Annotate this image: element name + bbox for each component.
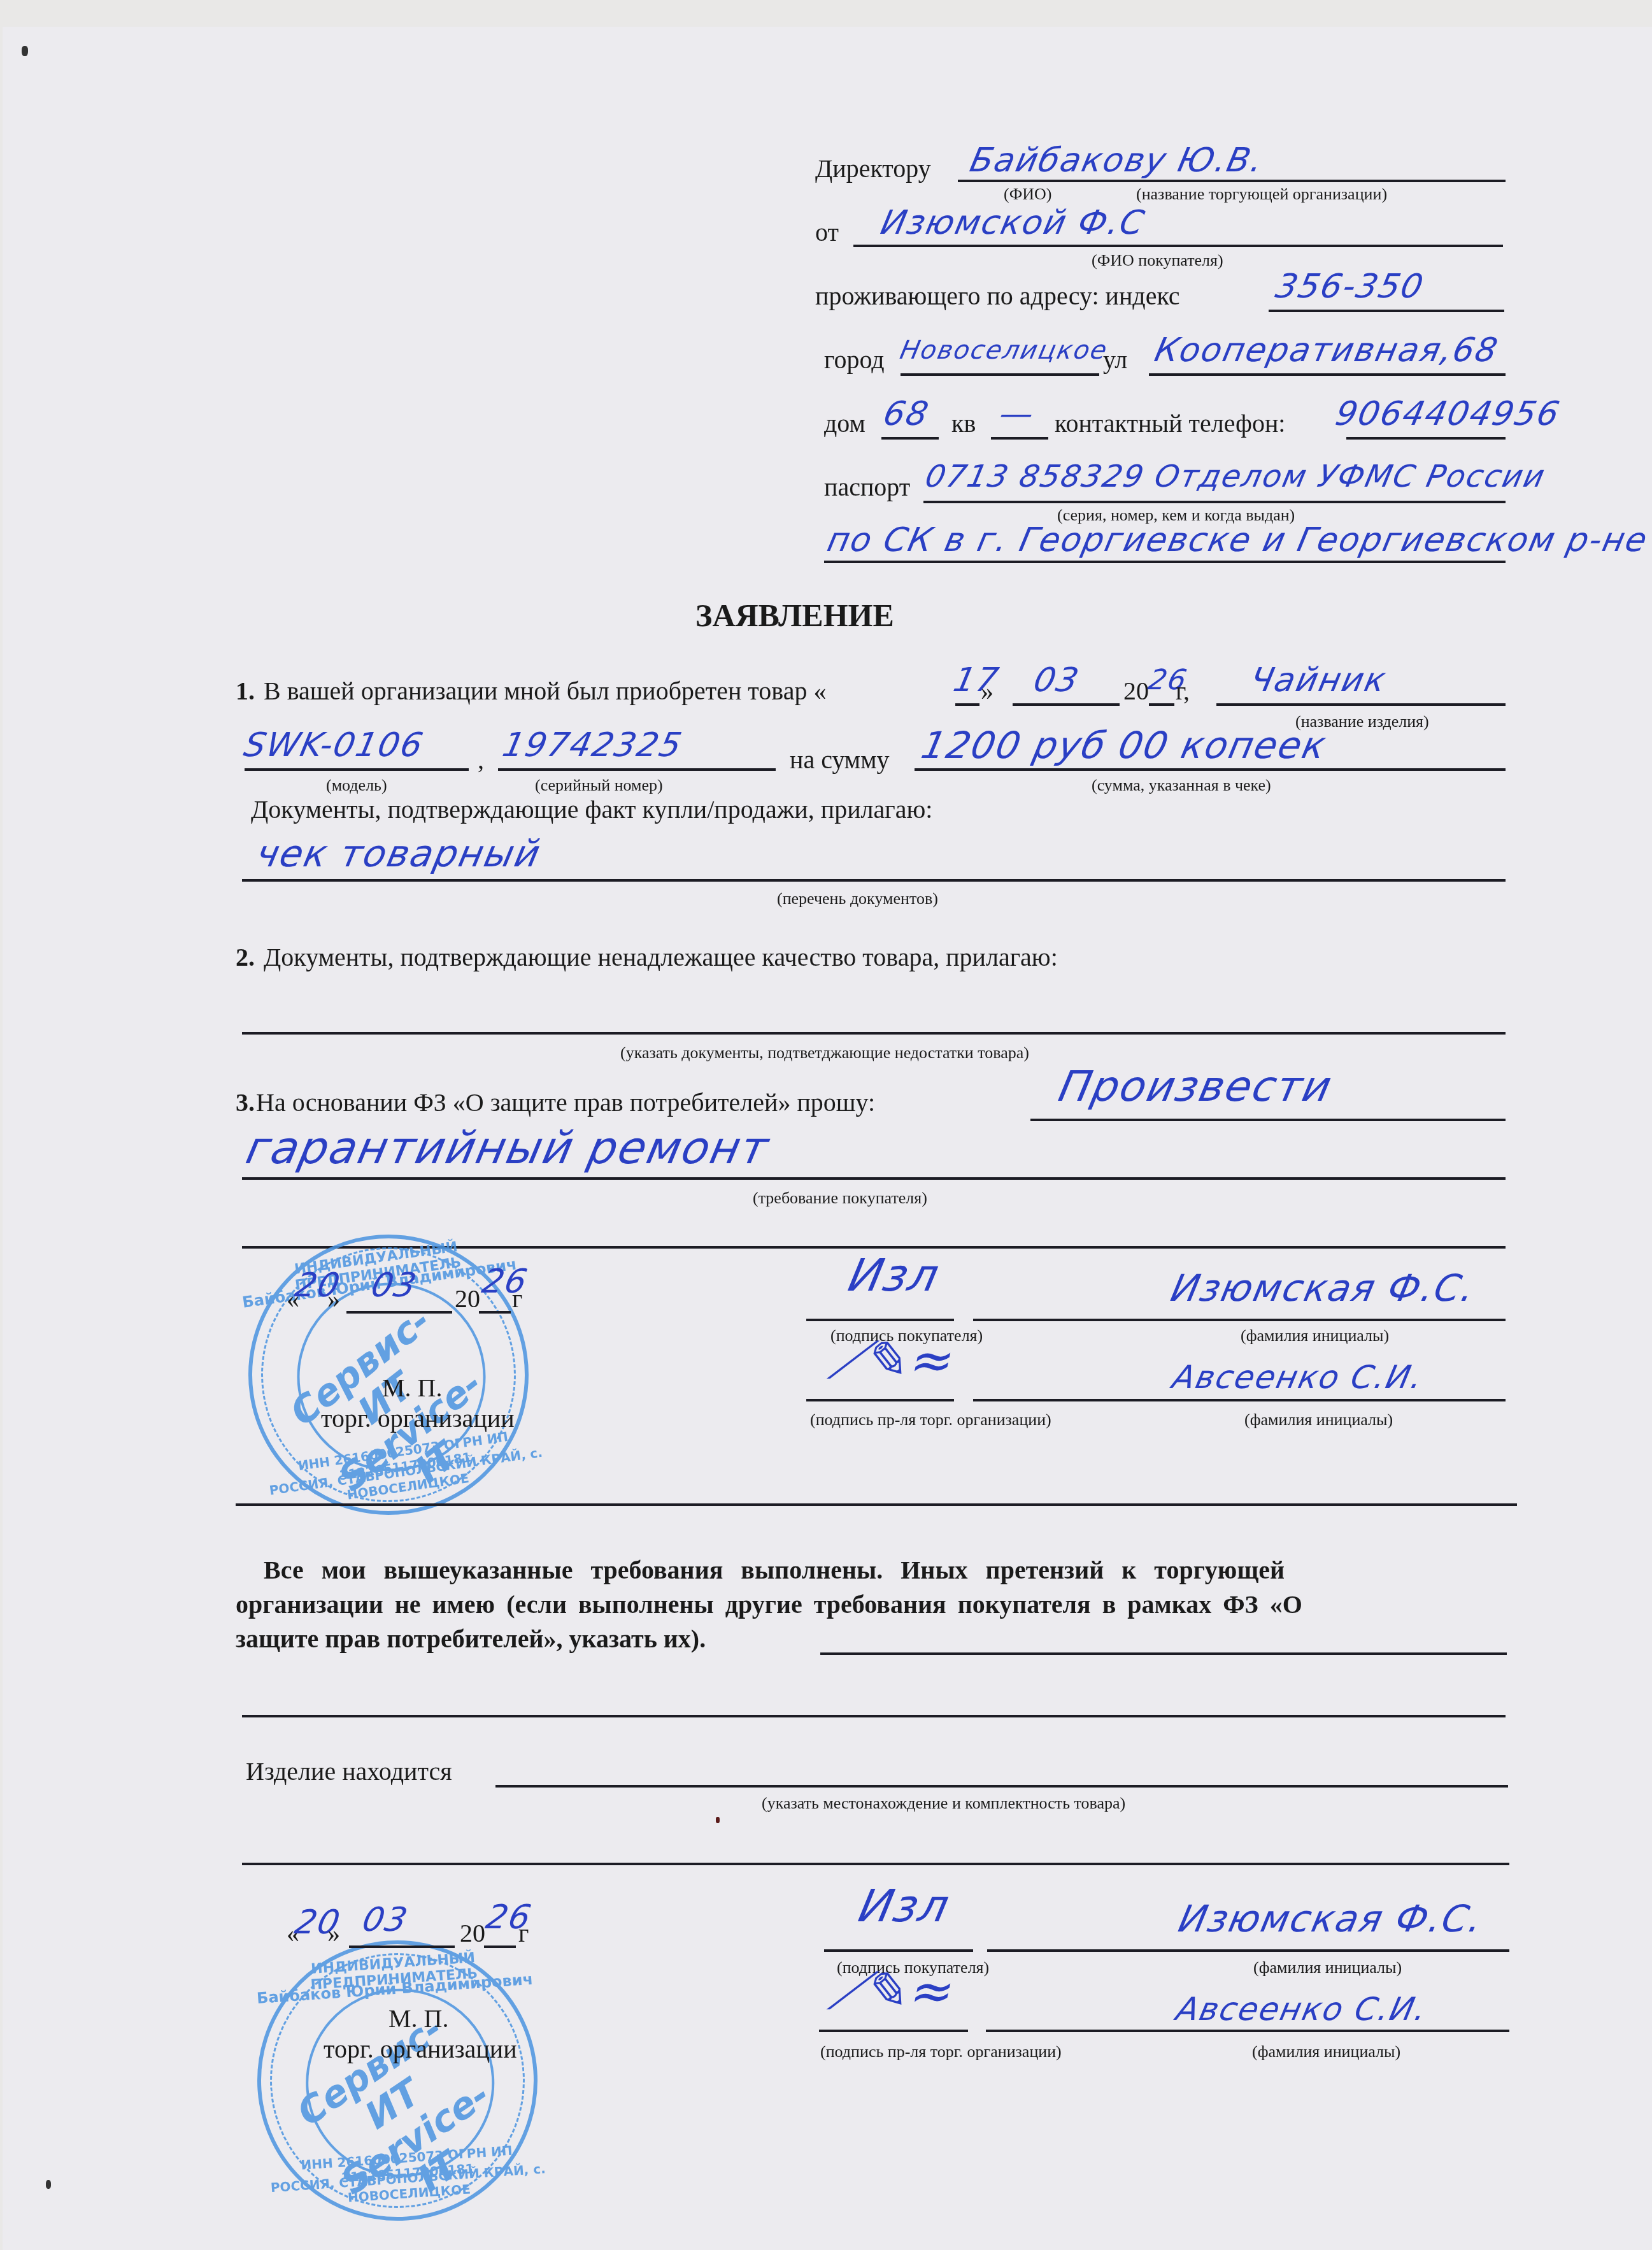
buyer-name-2[interactable]: Изюмская Ф.С. <box>1176 1900 1487 1938</box>
address-label: проживающего по адресу: индекс <box>815 282 1180 311</box>
section3-number: 3. <box>236 1088 255 1117</box>
seller-signature-1[interactable]: ⟋✎≈ <box>827 1342 960 1380</box>
scan-speck <box>716 1817 720 1823</box>
purchase-docs-label: Документы, подтверждающие факт купли/про… <box>251 795 932 824</box>
apt-value[interactable]: — <box>996 395 1039 433</box>
seller-name-hint-2: (фамилия инициалы) <box>1252 2042 1400 2061</box>
purchase-docs-underline <box>242 879 1506 882</box>
sign1-year-prefix: 20 <box>455 1284 480 1314</box>
director-hint-org: (название торгующей организации) <box>1136 185 1387 204</box>
seller-name-hint-1: (фамилия инициалы) <box>1244 1410 1393 1430</box>
purchase-year-end: г, <box>1176 677 1190 706</box>
scan-speck <box>22 46 28 56</box>
sign2-year-underline <box>484 1945 516 1948</box>
scan-speck <box>46 2180 51 2189</box>
sign1-org: торг. организации <box>321 1404 515 1433</box>
street-value[interactable]: Кооперативная,68 <box>1151 331 1502 369</box>
buyer-name-underline-1 <box>973 1319 1506 1321</box>
buyer-name-hint-1: (фамилия инициалы) <box>1241 1326 1389 1345</box>
section1-number: 1. <box>236 677 255 706</box>
location-hint: (указать местонахождение и комплектность… <box>762 1794 1125 1813</box>
defect-docs-underline[interactable] <box>242 1032 1506 1035</box>
index-value[interactable]: 356-350 <box>1272 268 1428 306</box>
sign1-year-underline <box>479 1311 511 1314</box>
seller-signature-2[interactable]: ⟋✎≈ <box>827 1972 960 2010</box>
sum-underline <box>915 768 1506 771</box>
passport-label: паспорт <box>824 473 910 502</box>
director-hint-fio: (ФИО) <box>1004 185 1051 204</box>
phone-label: контактный телефон: <box>1055 409 1285 438</box>
sign1-year-end: г <box>512 1284 522 1314</box>
product-value[interactable]: Чайник <box>1247 661 1390 699</box>
purchase-day-underline <box>955 703 979 706</box>
sum-value[interactable]: 1200 руб 00 копеек <box>918 726 1330 764</box>
passport-underline-1 <box>923 501 1506 503</box>
model-comma: , <box>478 745 484 775</box>
phone-value[interactable]: 9064404956 <box>1332 395 1564 433</box>
demand-underline-2 <box>242 1177 1506 1180</box>
from-label: от <box>815 218 839 247</box>
seller-name-1[interactable]: Авсеенко С.И. <box>1169 1358 1427 1396</box>
section3-text: На основании ФЗ «О защите прав потребите… <box>256 1088 875 1117</box>
buyer-signature-2[interactable]: Изл <box>856 1887 953 1925</box>
apt-label: кв <box>951 409 976 438</box>
index-underline <box>1269 310 1504 312</box>
city-value[interactable]: Новоселицкое <box>897 331 1112 369</box>
section-divider <box>236 1503 1517 1506</box>
closing-text-line2: организации не имею (если выполнены друг… <box>236 1590 1302 1619</box>
serial-hint: (серийный номер) <box>535 776 663 795</box>
phone-underline <box>1346 437 1506 440</box>
purchase-year-prefix: 20 <box>1123 677 1149 706</box>
director-label: Директору <box>815 154 931 183</box>
city-label: город <box>824 345 885 375</box>
closing-text-line3: защите прав потребителей», указать их). <box>236 1624 706 1654</box>
sign1-month[interactable]: 03 <box>368 1266 421 1305</box>
sign1-mp: М. П. <box>382 1373 442 1403</box>
model-underline <box>245 768 469 771</box>
sign2-org: торг. организации <box>324 2035 517 2064</box>
other-demands-underline-2[interactable] <box>242 1715 1506 1717</box>
sign2-date-close: » <box>327 1919 340 1948</box>
seller-signature-underline-2 <box>819 2030 968 2032</box>
sum-hint: (сумма, указанная в чеке) <box>1092 776 1271 795</box>
sign2-year-end: г <box>518 1919 529 1948</box>
sign1-year-suffix[interactable]: 26 <box>479 1263 532 1301</box>
model-value[interactable]: SWK-0106 <box>241 726 427 764</box>
serial-value[interactable]: 19742325 <box>499 726 686 764</box>
sign2-month-underline <box>349 1945 455 1948</box>
from-underline <box>853 245 1503 247</box>
serial-underline <box>498 768 776 771</box>
section2-text: Документы, подтверждающие ненадлежащее к… <box>264 943 1058 972</box>
demand-value-line2[interactable]: гарантийный ремонт <box>243 1129 773 1167</box>
model-hint: (модель) <box>326 776 387 795</box>
company-stamp-2: ИНДИВИДУАЛЬНЫЙ ПРЕДПРИНИМАТЕЛЬ Байбаков … <box>248 1931 547 2230</box>
sign2-month[interactable]: 03 <box>359 1901 412 1939</box>
seller-sign-hint-1: (подпись пр-ля торг. организации) <box>810 1410 1051 1430</box>
apt-underline <box>991 437 1048 440</box>
location-label: Изделие находится <box>246 1757 452 1786</box>
product-underline <box>1216 703 1506 706</box>
scanned-form-page: Директору Байбакову Ю.В. (ФИО) (название… <box>3 27 1652 2250</box>
house-value[interactable]: 68 <box>880 395 933 433</box>
house-underline <box>881 437 939 440</box>
from-value[interactable]: Изюмской Ф.С <box>878 204 1149 242</box>
defect-docs-hint: (указать документы, подтветджающие недос… <box>620 1043 1029 1063</box>
director-underline <box>958 180 1506 182</box>
other-demands-underline[interactable] <box>820 1652 1507 1655</box>
sign1-month-underline <box>346 1311 452 1314</box>
purchase-year-underline <box>1149 703 1174 706</box>
buyer-signature-underline-1 <box>806 1319 954 1321</box>
sign2-year-prefix: 20 <box>460 1919 485 1948</box>
demand-underline-1 <box>1030 1119 1506 1121</box>
passport-underline-2 <box>824 561 1506 563</box>
passport-value-line1[interactable]: 0713 858329 Отделом УФМС России <box>922 457 1549 496</box>
sum-label: на сумму <box>790 745 889 775</box>
sign2-mp: М. П. <box>388 2004 448 2033</box>
demand-value-line1[interactable]: Произвести <box>1056 1068 1336 1106</box>
buyer-signature-1[interactable]: Изл <box>846 1256 943 1294</box>
section1-quote-close: » <box>981 677 993 706</box>
seller-name-2[interactable]: Авсеенко С.И. <box>1173 1990 1431 2028</box>
director-value[interactable]: Байбакову Ю.В. <box>967 141 1267 180</box>
buyer-name-hint-2: (фамилия инициалы) <box>1253 1958 1402 1977</box>
seller-sign-hint-2: (подпись пр-ля торг. организации) <box>820 2042 1062 2061</box>
from-hint: (ФИО покупателя) <box>1092 251 1223 270</box>
buyer-name-1[interactable]: Изюмская Ф.С. <box>1168 1269 1479 1307</box>
seller-signature-underline-1 <box>806 1399 954 1401</box>
city-underline <box>901 373 1099 376</box>
seller-name-underline-2 <box>986 2030 1509 2032</box>
purchase-docs-value[interactable]: чек товарный <box>253 835 545 873</box>
location-underline[interactable] <box>495 1785 1508 1788</box>
buyer-signature-underline-2 <box>824 1949 973 1952</box>
buyer-name-underline-2 <box>987 1949 1509 1952</box>
house-label: дом <box>824 409 865 438</box>
street-label: ул <box>1103 345 1127 375</box>
section2-number: 2. <box>236 943 255 972</box>
document-title: ЗАЯВЛЕНИЕ <box>695 598 894 633</box>
section1-text: В вашей организации мной был приобретен … <box>264 677 826 706</box>
demand-hint: (требование покупателя) <box>753 1189 927 1208</box>
purchase-month[interactable]: 03 <box>1030 661 1083 699</box>
purchase-docs-hint: (перечень документов) <box>777 889 938 908</box>
street-underline <box>1149 373 1506 376</box>
closing-text-line1: Все мои вышеуказанные требования выполне… <box>264 1556 1285 1585</box>
sign1-date-close: » <box>327 1284 340 1314</box>
passport-value-line2[interactable]: по СК в г. Георгиевске и Георгиевском р-… <box>824 521 1652 559</box>
seller-name-underline-1 <box>973 1399 1506 1401</box>
location-underline-2[interactable] <box>242 1863 1509 1865</box>
purchase-day[interactable]: 17 <box>950 661 1003 699</box>
purchase-month-underline <box>1013 703 1120 706</box>
